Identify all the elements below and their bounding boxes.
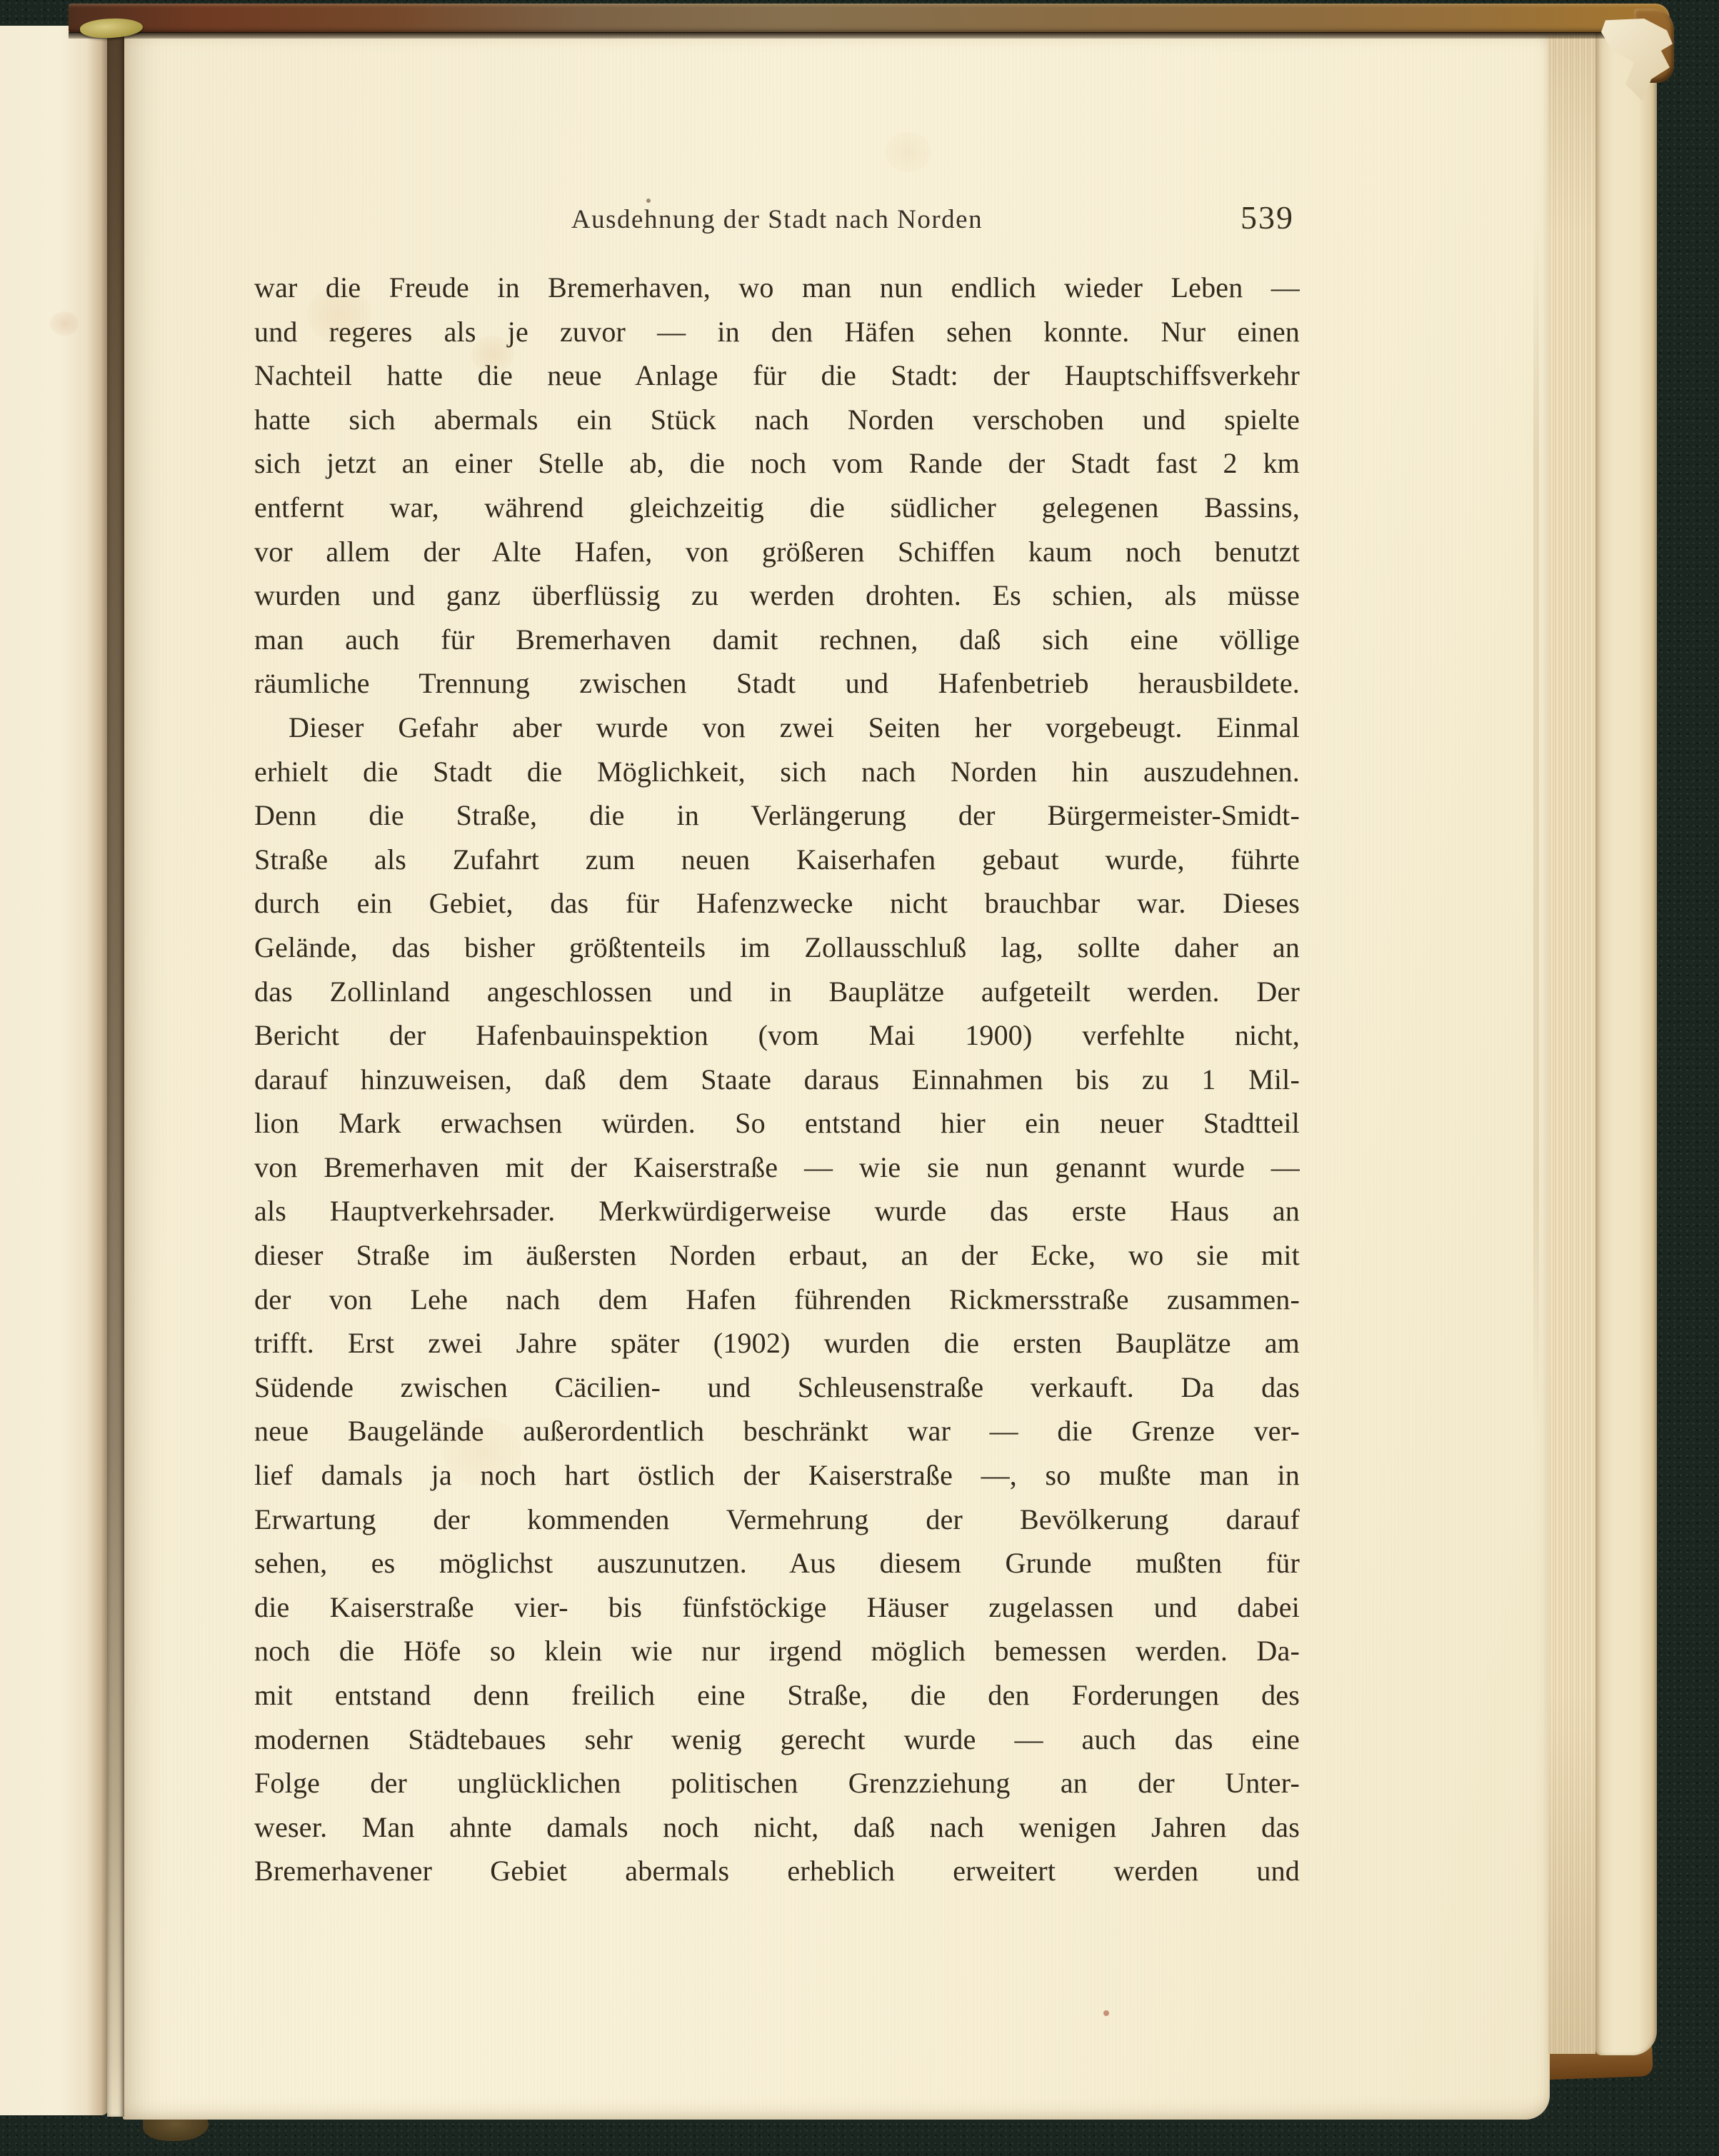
book-gutter	[107, 26, 124, 2117]
text-line: als Hauptverkehrsader. Merkwürdigerweise…	[254, 1189, 1300, 1233]
text-line: darauf hinzuweisen, daß dem Staate darau…	[254, 1058, 1300, 1102]
text-line: durch ein Gebiet, das für Hafenzwecke ni…	[254, 881, 1300, 926]
text-line: Straße als Zufahrt zum neuen Kaiserhafen…	[254, 838, 1300, 882]
book-page: Ausdehnung der Stadt nach Norden 539 war…	[123, 30, 1550, 2120]
text-line: entfernt war, während gleichzeitig die s…	[254, 486, 1300, 530]
text-line: weser. Man ahnte damals noch nicht, daß …	[254, 1805, 1300, 1850]
text-line: Gelände, das bisher größtenteils im Zoll…	[254, 926, 1300, 970]
text-line: neue Baugelände außerordentlich beschrän…	[254, 1409, 1300, 1453]
text-line: Bremerhavener Gebiet abermals erheblich …	[254, 1849, 1300, 1893]
foxing-spot	[886, 132, 931, 172]
text-line: Nachteil hatte die neue Anlage für die S…	[254, 354, 1300, 398]
text-line: erhielt die Stadt die Möglichkeit, sich …	[254, 750, 1300, 794]
running-header: Ausdehnung der Stadt nach Norden 539	[254, 201, 1300, 243]
book-cover-top-edge	[69, 4, 1670, 33]
text-line: lief damals ja noch hart östlich der Kai…	[254, 1453, 1300, 1498]
photo-backdrop: Ausdehnung der Stadt nach Norden 539 war…	[0, 0, 1719, 2156]
fore-edge-page-stack	[1548, 33, 1595, 2054]
text-line: wurden und ganz überflüssig zu werden dr…	[254, 573, 1300, 618]
text-line: der von Lehe nach dem Hafen führenden Ri…	[254, 1278, 1300, 1322]
running-header-title: Ausdehnung der Stadt nach Norden	[254, 201, 1300, 239]
text-line: Bericht der Hafenbauinspektion (vom Mai …	[254, 1013, 1300, 1058]
text-line: noch die Höfe so klein wie nur irgend mö…	[254, 1629, 1300, 1673]
text-line: Folge der unglücklichen politischen Gren…	[254, 1761, 1300, 1805]
body-text: war die Freude in Bremerhaven, wo man nu…	[254, 266, 1300, 1893]
text-line: Denn die Straße, die in Verlängerung der…	[254, 793, 1300, 838]
page-crease	[1533, 216, 1539, 1430]
text-line: dieser Straße im äußersten Norden erbaut…	[254, 1233, 1300, 1278]
text-line: Erwartung der kommenden Vermehrung der B…	[254, 1498, 1300, 1542]
text-line: sich jetzt an einer Stelle ab, die noch …	[254, 441, 1300, 486]
text-line: das Zollinland angeschlossen und in Baup…	[254, 970, 1300, 1014]
text-line: trifft. Erst zwei Jahre später (1902) wu…	[254, 1321, 1300, 1365]
text-line: mit entstand denn freilich eine Straße, …	[254, 1673, 1300, 1718]
text-line: räumliche Trennung zwischen Stadt und Ha…	[254, 661, 1300, 706]
text-line: lion Mark erwachsen würden. So entstand …	[254, 1101, 1300, 1145]
text-line: und regeres als je zuvor — in den Häfen …	[254, 310, 1300, 354]
text-line: man auch für Bremerhaven damit rechnen, …	[254, 618, 1300, 662]
text-line: modernen Städtebaues sehr wenig gerecht …	[254, 1718, 1300, 1762]
text-line: von Bremerhaven mit der Kaiserstraße — w…	[254, 1145, 1300, 1190]
text-line: war die Freude in Bremerhaven, wo man nu…	[254, 266, 1300, 310]
text-line: vor allem der Alte Hafen, von größeren S…	[254, 530, 1300, 574]
ink-speck	[1103, 2010, 1109, 2016]
page-number: 539	[1241, 199, 1294, 236]
text-line: Dieser Gefahr aber wurde von zwei Seiten…	[254, 706, 1300, 750]
foxing-spot	[50, 311, 79, 336]
text-line: die Kaiserstraße vier- bis fünfstöckige …	[254, 1585, 1300, 1630]
facing-page-edge	[0, 26, 109, 2115]
text-line: Südende zwischen Cäcilien- und Schleusen…	[254, 1365, 1300, 1410]
text-line: sehen, es möglichst auszunutzen. Aus die…	[254, 1541, 1300, 1585]
fore-edge-outer-page	[1595, 30, 1657, 2055]
text-line: hatte sich abermals ein Stück nach Norde…	[254, 398, 1300, 442]
